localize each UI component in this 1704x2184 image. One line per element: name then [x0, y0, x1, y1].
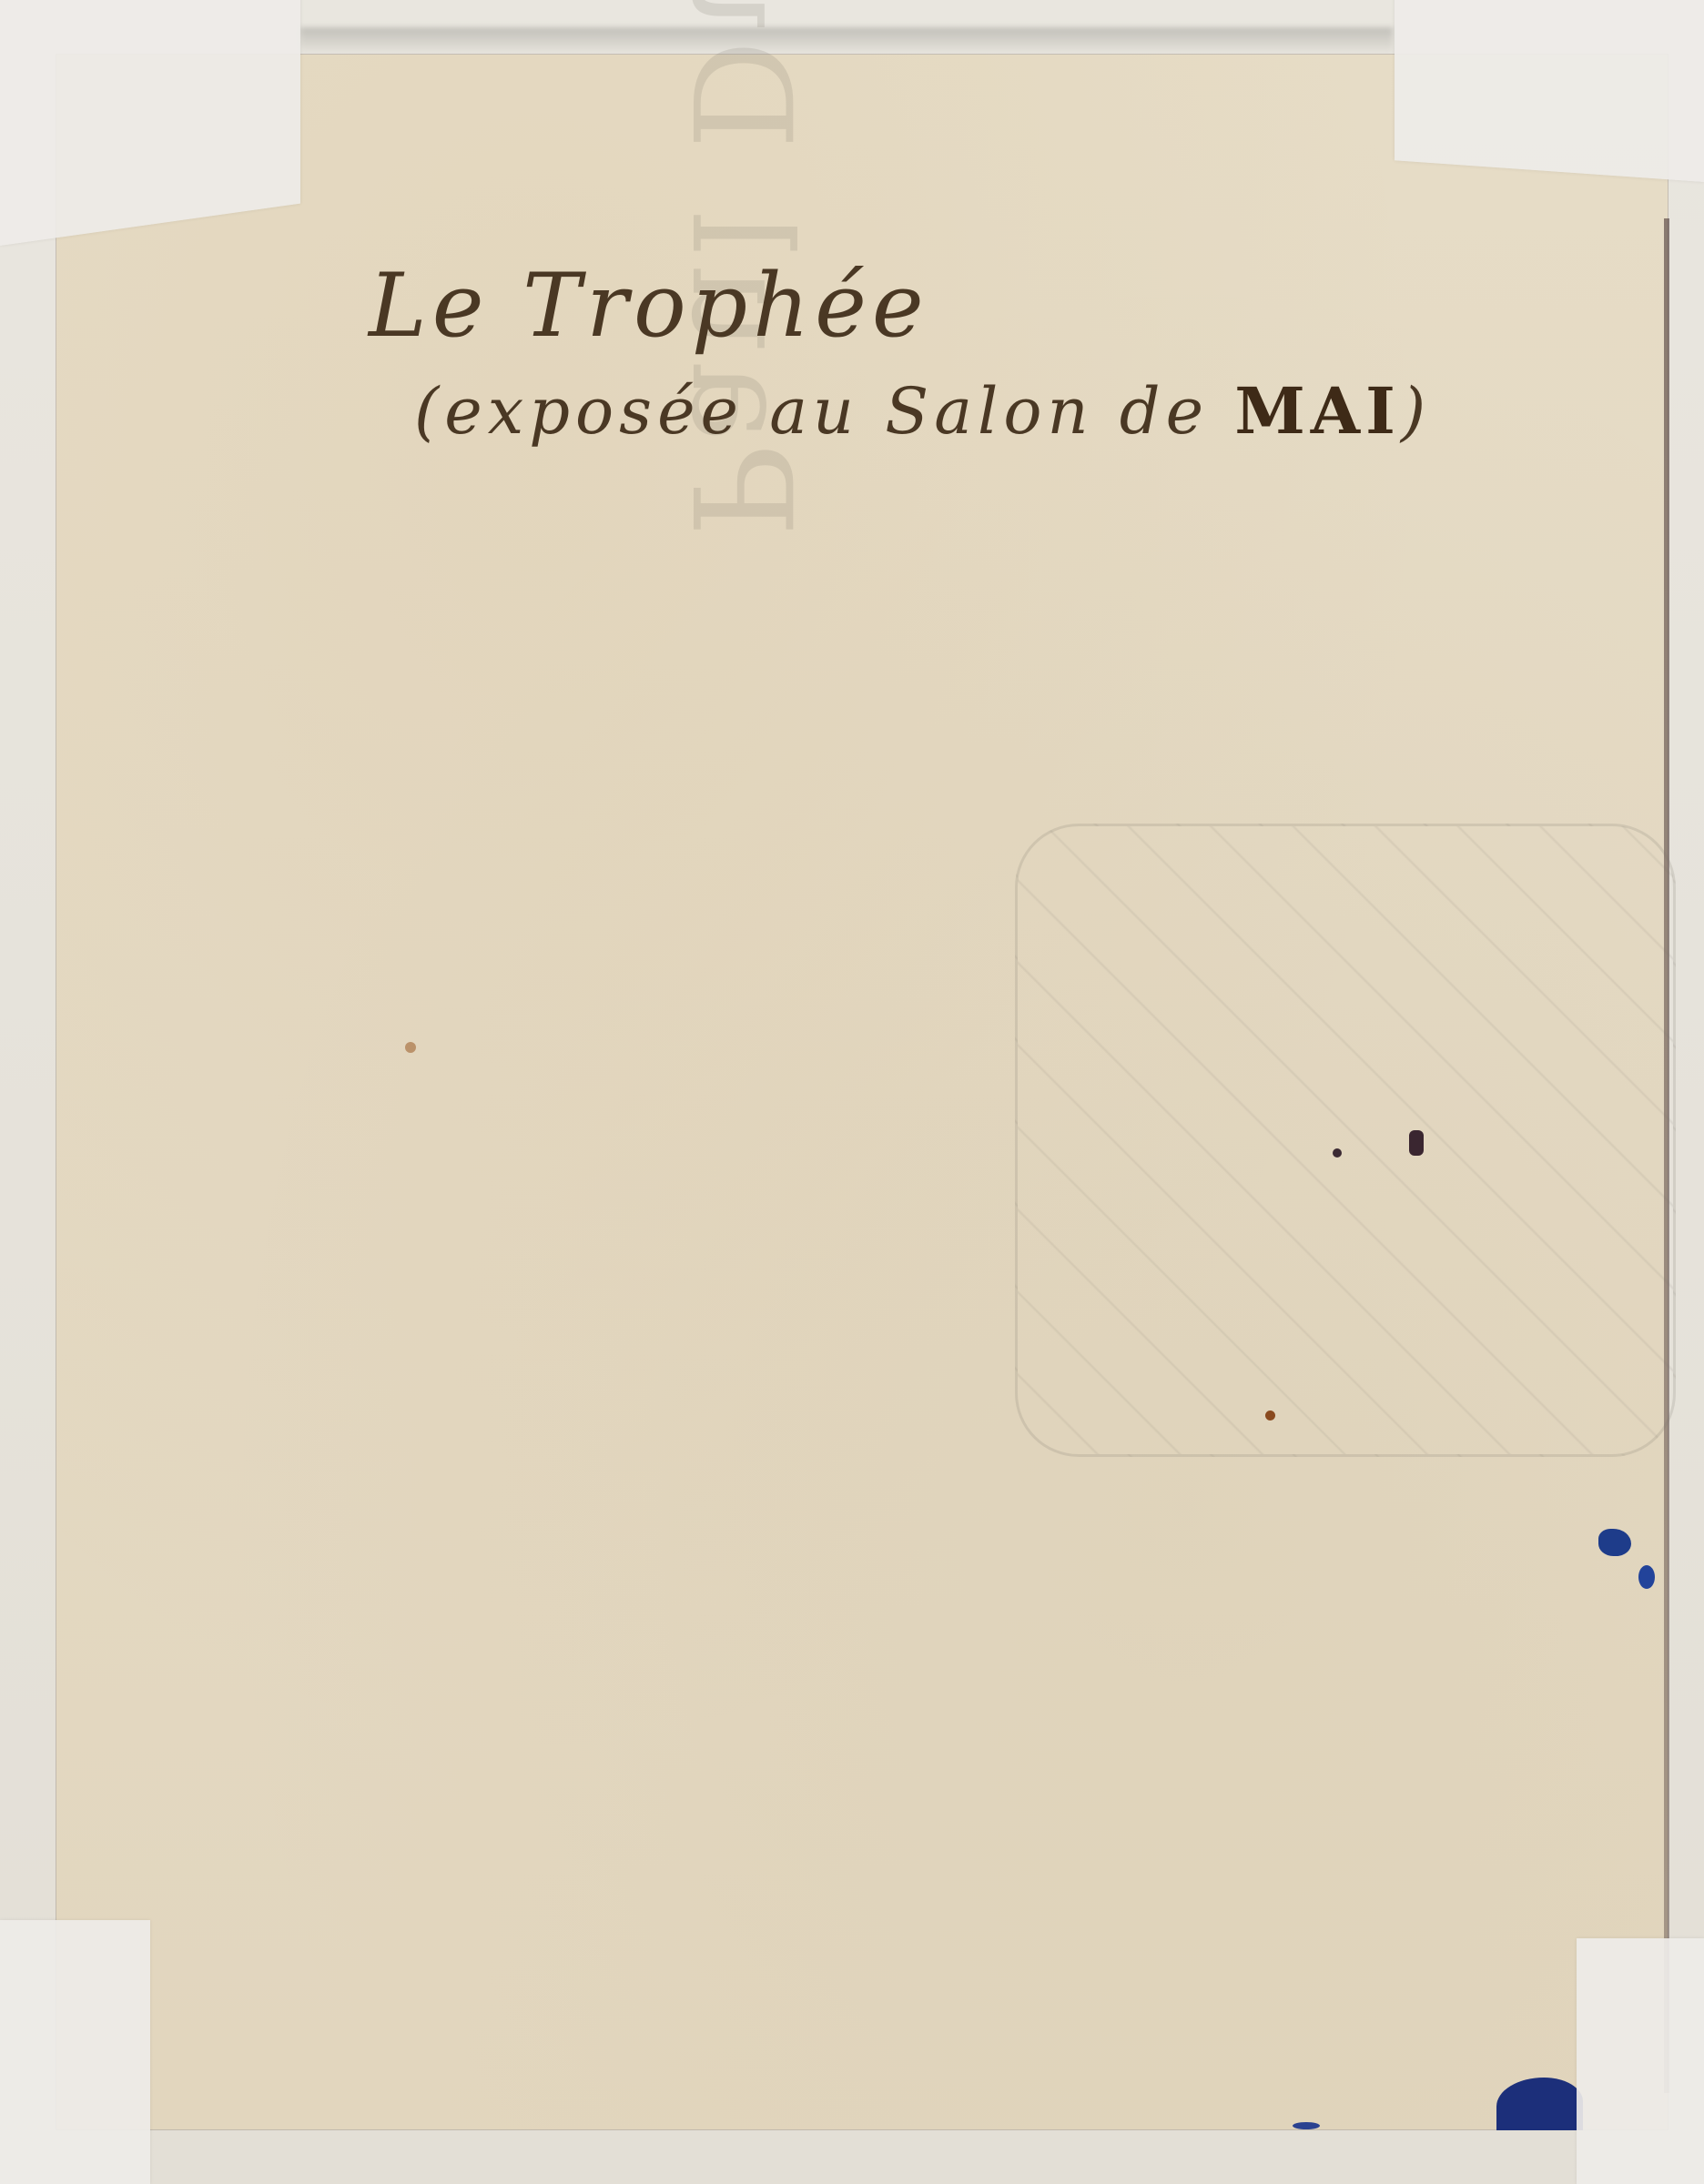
torn-top-edge: [300, 27, 1393, 55]
hinge-tape-bottom-right: [1577, 1938, 1704, 2184]
photograph-scene: Paul Dufaure Le Trophée (exposée au Salo…: [0, 0, 1704, 2184]
blue-ink-stain: [1496, 2078, 1583, 2130]
foxing-spot: [1265, 1410, 1275, 1421]
inscription-note-suffix: ): [1401, 374, 1431, 449]
faint-stamp: [1015, 824, 1676, 1457]
blue-ink-stain: [1598, 1529, 1631, 1556]
ink-dot: [1409, 1130, 1424, 1156]
blue-ink-stain: [1293, 2122, 1320, 2129]
inscription-note-prefix: (exposée au Salon de: [414, 374, 1234, 449]
inscription-title: Le Trophée: [369, 255, 929, 357]
hinge-tape-top-left: [0, 0, 300, 246]
hinge-tape-top-right: [1395, 0, 1704, 182]
inscription-exhibition-note: (exposée au Salon de MAI): [414, 373, 1431, 449]
ink-dot: [1333, 1148, 1342, 1158]
blue-ink-stain: [1638, 1565, 1655, 1589]
foxing-spot: [405, 1042, 416, 1053]
inscription-note-mai: MAI: [1234, 373, 1401, 449]
hinge-tape-bottom-left: [0, 1920, 150, 2184]
